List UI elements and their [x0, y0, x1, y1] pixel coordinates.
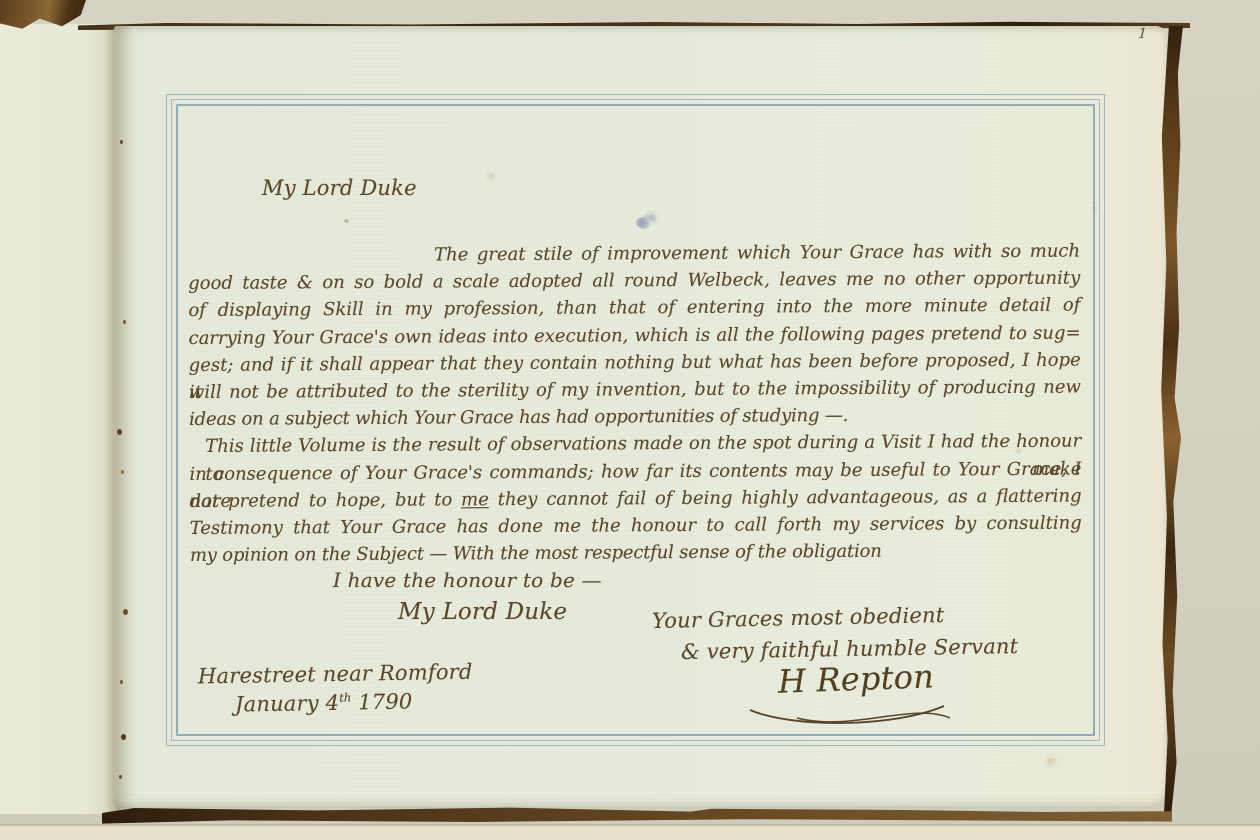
letter-body: The great stile of improvement which You… [188, 238, 1082, 570]
signature: H Repton [777, 657, 934, 700]
dateline-year: 1790 [351, 689, 413, 714]
closing-honour-line: I have the honour to be — [333, 568, 602, 592]
dateline-ordinal: th [339, 691, 351, 705]
manuscript-photo: 1 My Lord Duke The great stile of improv… [0, 0, 1260, 840]
underlined-word: me [461, 489, 489, 510]
letter-line-segment: they cannot fail of being highly advanta… [489, 485, 1082, 510]
dateline-day: January 4 [235, 691, 340, 717]
salutation: My Lord Duke [262, 176, 417, 200]
letter-line: will not be attributed to the sterility … [189, 373, 1081, 406]
letter-line: my opinion on the Subject — With the mos… [190, 537, 1082, 570]
blue-ink-blot [636, 217, 651, 229]
letter-line: Testimony that Your Grace has done me th… [190, 509, 1082, 542]
facing-page [0, 24, 120, 814]
cover-edge-bottom [102, 806, 1172, 826]
letter-line-segment: not pretend to hope, but to [190, 489, 462, 512]
dateline-date: January 4th 1790 [235, 689, 413, 716]
dateline-place: Harestreet near Romford [198, 660, 473, 689]
closing-address-line: My Lord Duke [398, 599, 567, 625]
folio-number: 1 [1137, 26, 1147, 43]
book-gutter [104, 24, 134, 816]
foxing-spots [344, 219, 349, 223]
signature-flourish [742, 700, 957, 732]
book-bottom-page-edges [0, 824, 1260, 840]
gutter-speckles [120, 140, 123, 144]
